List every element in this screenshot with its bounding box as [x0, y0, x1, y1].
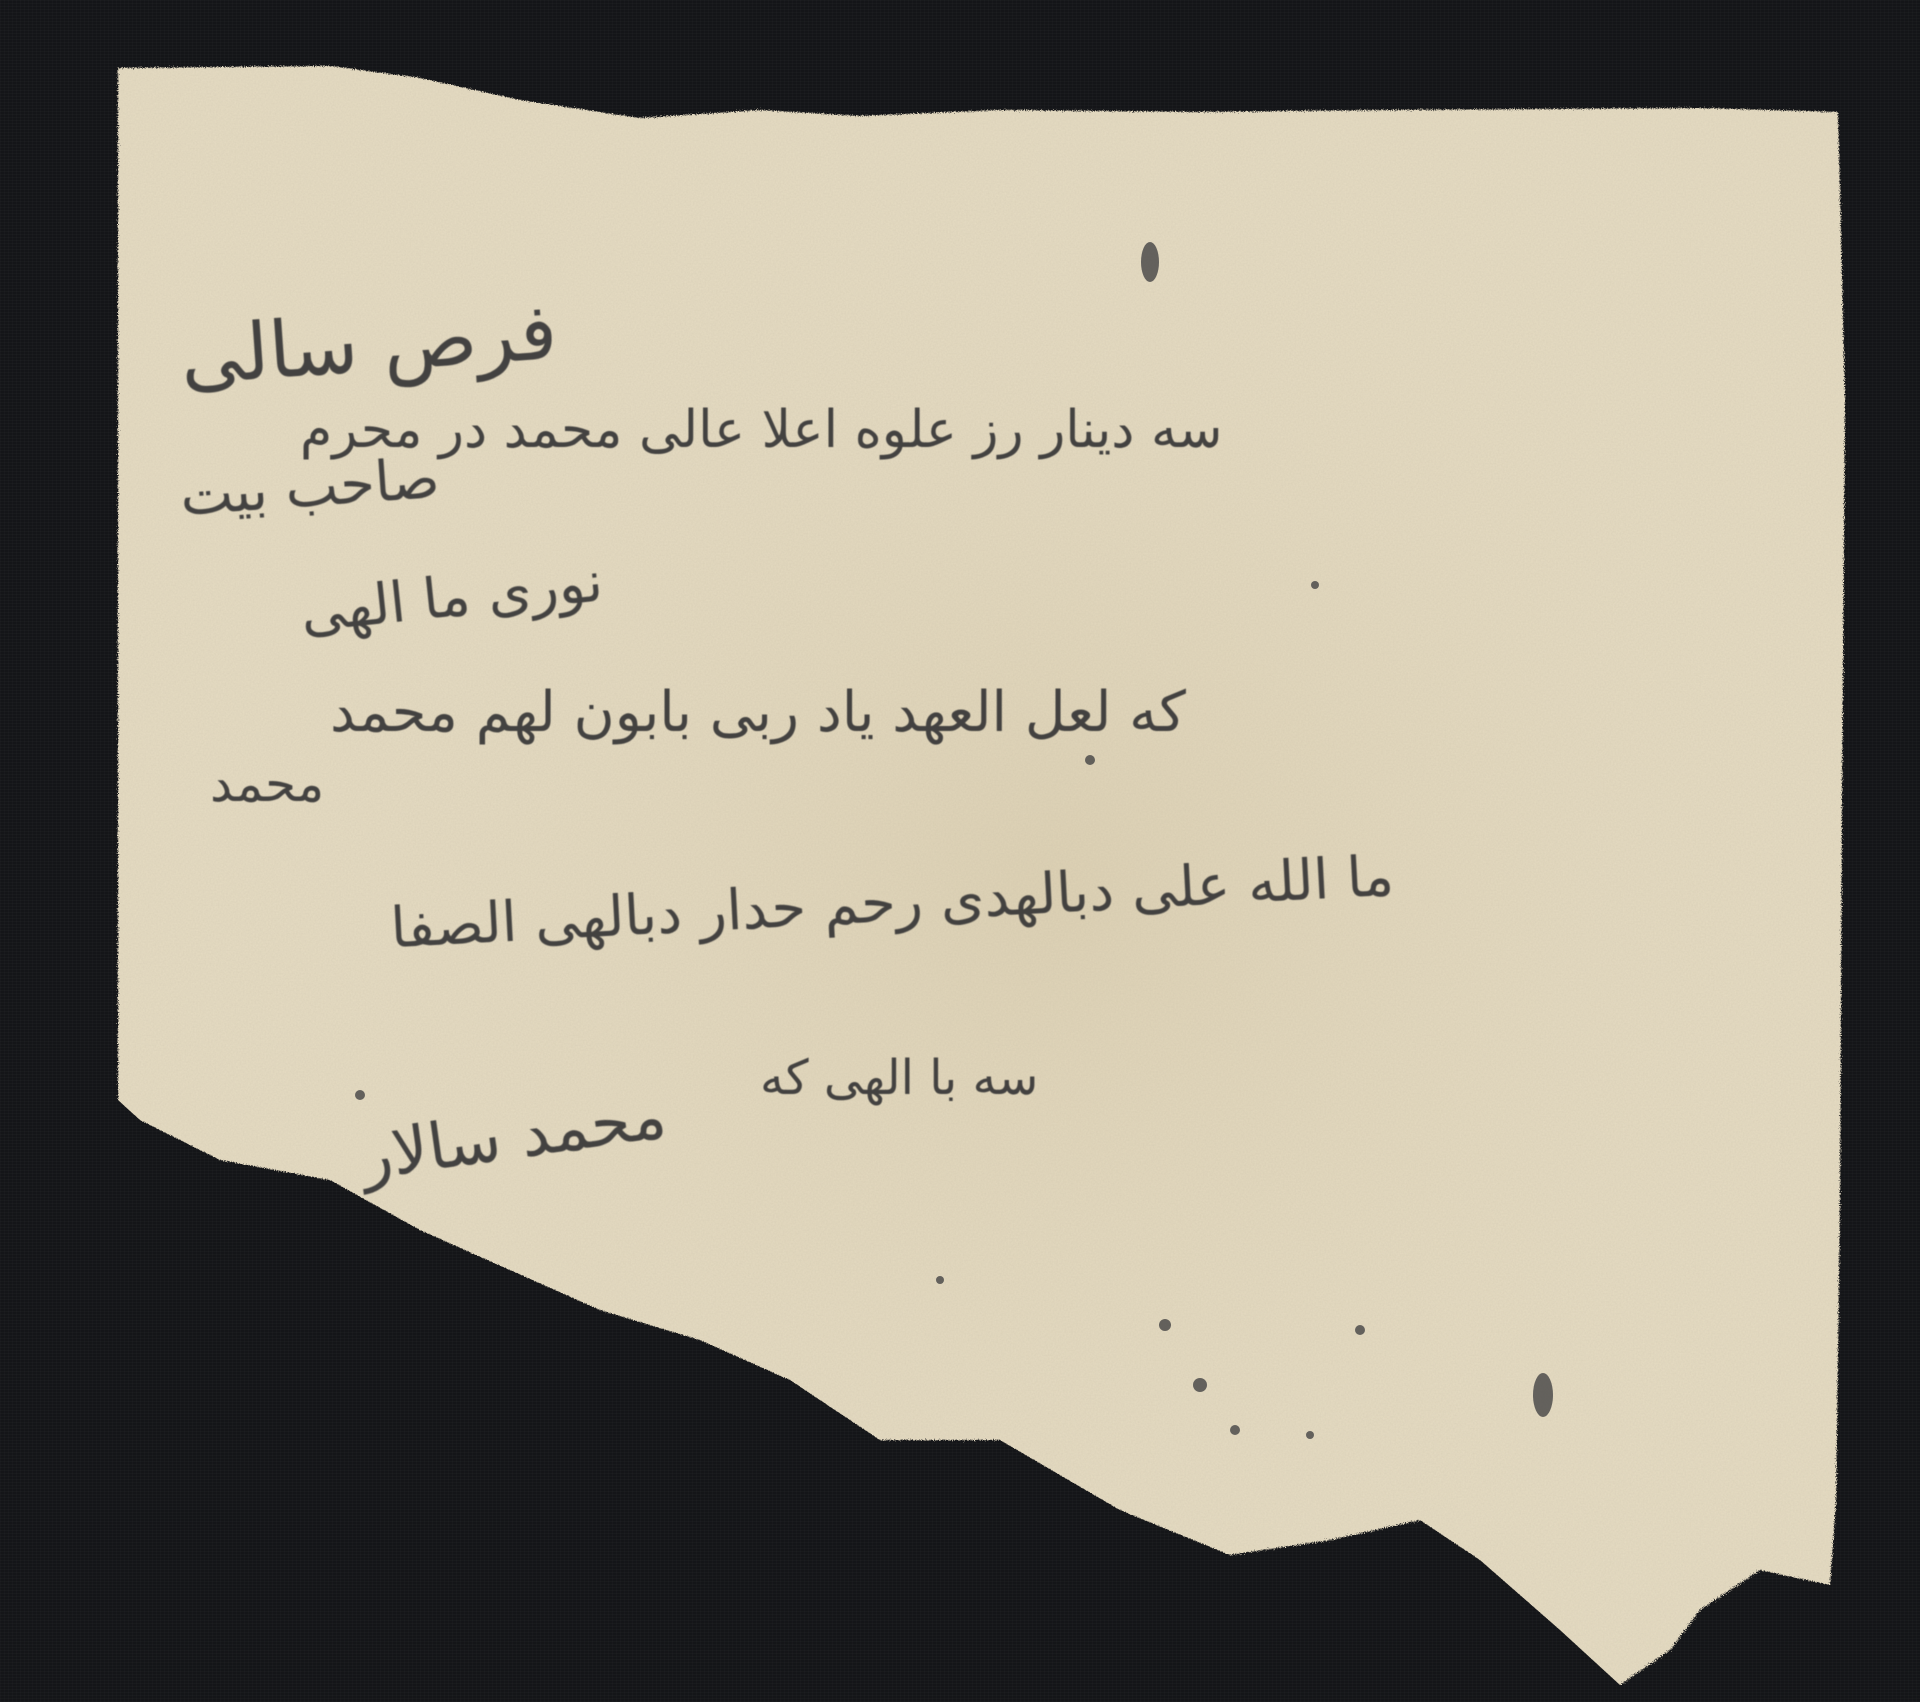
paper-fragment: [0, 0, 1920, 1702]
manuscript-line-2: سه دینار رز علوه اعلا عالی محمد در محرم: [300, 400, 1222, 460]
manuscript-line-6: محمد: [210, 755, 324, 813]
manuscript-line-8: سه با الهی که: [760, 1050, 1038, 1106]
photo-scene: فرص سالی سه دینار رز علوه اعلا عالی محمد…: [0, 0, 1920, 1702]
manuscript-line-5: که لعل العهد یاد ربی بابون لهم محمد: [330, 680, 1186, 745]
